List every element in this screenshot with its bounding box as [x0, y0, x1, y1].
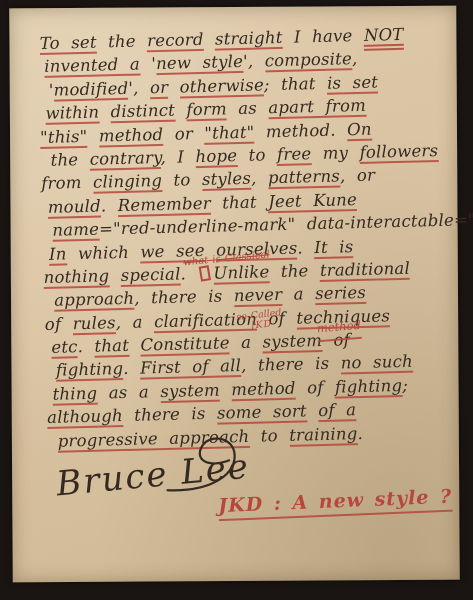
red-underline-mark: form: [186, 99, 227, 121]
red-underline-mark: special: [120, 264, 180, 287]
red-underline-mark: fighting: [335, 376, 403, 399]
red-underline-mark: "that": [204, 122, 255, 144]
red-underline-mark: training: [289, 424, 358, 447]
red-underline-mark: traditional: [320, 259, 410, 282]
red-underline-mark: In: [49, 244, 67, 265]
red-underline-mark: system: [262, 331, 322, 353]
red-underline-mark: On: [347, 119, 372, 141]
red-underline-mark: clinging: [93, 171, 163, 194]
red-underline-mark: record: [147, 30, 204, 52]
red-underline-mark: fighting: [56, 359, 124, 382]
red-underline-mark: Remember: [117, 193, 211, 216]
red-underline-mark: some sort: [217, 402, 307, 425]
red-underline-mark: First of all: [140, 357, 242, 381]
red-underline-mark: modified: [53, 79, 128, 102]
manuscript-paper: To set the record straight I have NOTinv…: [9, 6, 459, 583]
red-underline-mark: invented a: [44, 55, 140, 78]
red-underline-mark: Constitute: [140, 333, 230, 356]
red-underline-mark: free: [277, 144, 312, 166]
red-underline-mark: never: [234, 285, 283, 307]
signature-flourish-icon: [161, 431, 247, 502]
method-annotation: method: [316, 314, 362, 343]
manuscript-text-block: To set the record straight I have NOTinv…: [37, 22, 448, 453]
red-underline-mark: mould: [48, 196, 102, 218]
red-underline-mark: method: [99, 124, 164, 147]
red-underline-mark: although: [47, 406, 123, 429]
red-underline-mark: within: [45, 103, 99, 125]
red-underline-mark: thing: [52, 384, 97, 406]
red-underline-mark: etc: [51, 337, 78, 359]
photo-of-manuscript: { "page": { "frame_color": "#1a1513", "p…: [0, 0, 473, 600]
red-underline-mark: contrary: [89, 148, 160, 171]
red-underline-mark: otherwise: [179, 75, 264, 98]
red-underline-mark: composite: [264, 50, 352, 73]
red-underline-mark: rules: [72, 313, 116, 335]
red-underline-mark: "this": [40, 126, 88, 148]
red-underline-mark: followers: [359, 141, 438, 164]
red-underline-mark: styles: [202, 169, 252, 191]
red-underline-mark: new style: [156, 52, 244, 75]
red-underline-mark: nothing: [43, 266, 109, 289]
red-underline-mark: patterns: [268, 167, 341, 190]
red-underline-mark: that: [94, 336, 129, 358]
red-underline-mark: no such: [340, 352, 413, 375]
red-underline-mark: hope: [195, 146, 237, 168]
red-underline-mark: To set: [39, 33, 96, 55]
red-underline-mark: or: [150, 78, 169, 99]
manuscript-lines: To set the record straight I have NOTinv…: [37, 22, 448, 453]
jkd-footnote: JKD : A new style ?: [218, 486, 453, 522]
red-underline-mark: of a: [318, 400, 356, 422]
red-underline-mark: Jeet Kune: [268, 190, 357, 213]
red-underline-mark: is set: [327, 72, 379, 94]
red-underline-mark: distinct: [110, 101, 175, 124]
red-underline-mark: It is: [314, 237, 354, 259]
red-underline-mark: method: [231, 379, 296, 402]
red-underline-mark: system: [160, 380, 220, 402]
red-underline-mark: name: [52, 220, 99, 242]
red-underline-mark: straight: [215, 28, 283, 51]
red-underline-mark: series: [315, 283, 366, 305]
red-underline-mark: approach: [54, 289, 135, 312]
jkd-annotation: JKD: [237, 317, 286, 332]
red-underline-mark: apart from: [268, 96, 366, 119]
